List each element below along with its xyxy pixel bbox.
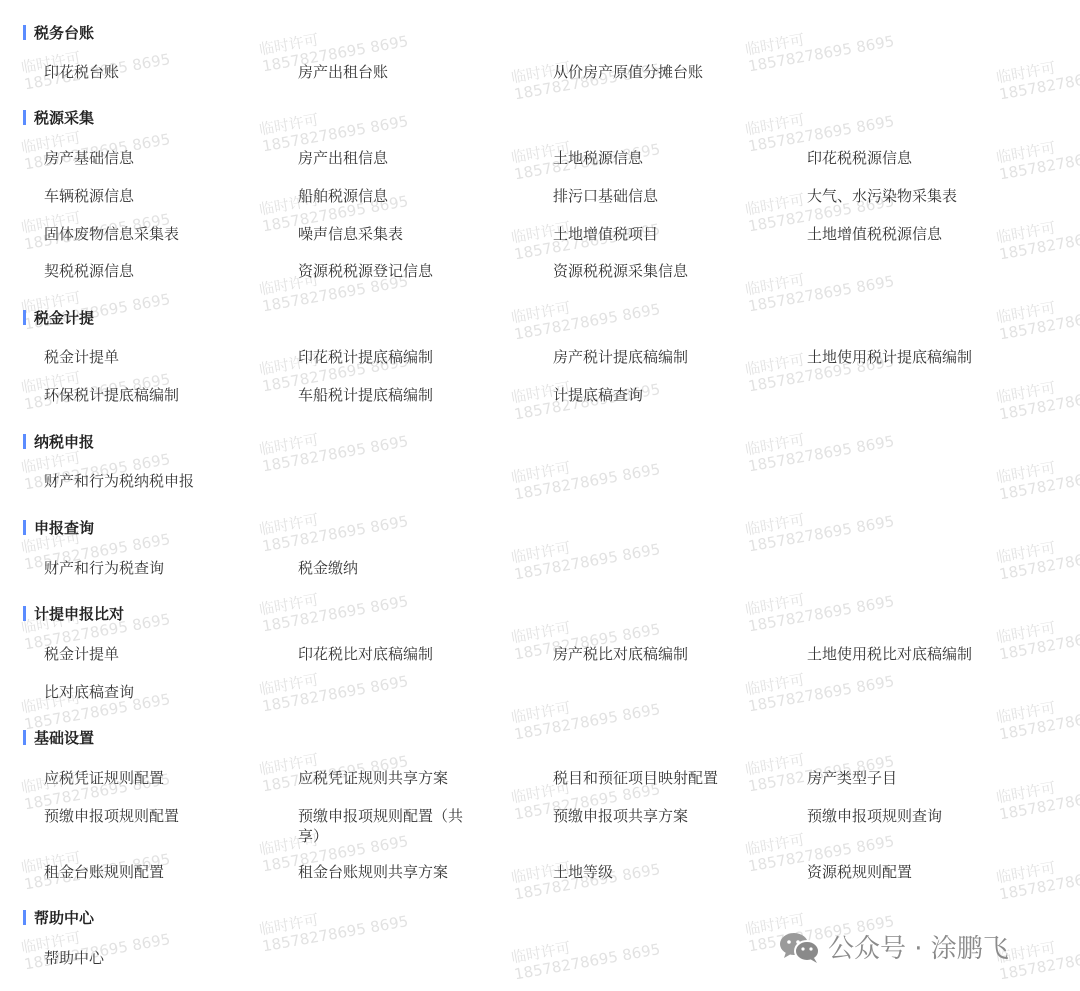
watermark: 临时许可18578278695 8695 (995, 604, 1080, 663)
menu-item[interactable]: 噪声信息采集表 (298, 224, 488, 244)
section-marker (23, 434, 26, 449)
section-title: 纳税申报 (23, 432, 94, 450)
watermark: 临时许可18578278695 8695 (258, 576, 410, 635)
section-title-label: 纳税申报 (34, 431, 94, 452)
watermark: 临时许可18578278695 8695 (744, 416, 896, 475)
section-title-label: 税源采集 (34, 107, 94, 128)
section-title: 税务台账 (23, 23, 94, 41)
watermark: 临时许可18578278695 8695 (995, 284, 1080, 343)
section-title: 基础设置 (23, 728, 94, 746)
section-title: 税源采集 (23, 108, 94, 126)
watermark: 临时许可18578278695 8695 (258, 656, 410, 715)
footer-text: 公众号 · 涂鹏飞 (828, 928, 1009, 965)
watermark: 临时许可18578278695 8695 (744, 656, 896, 715)
section-title: 申报查询 (23, 518, 94, 536)
watermark: 临时许可18578278695 8695 (510, 444, 662, 503)
watermark: 临时许可18578278695 8695 (258, 496, 410, 555)
menu-item[interactable]: 车船税计提底稿编制 (298, 385, 488, 405)
section-title-label: 计提申报比对 (34, 603, 124, 624)
watermark: 临时许可18578278695 8695 (258, 96, 410, 155)
section-marker (23, 606, 26, 621)
menu-item[interactable]: 车辆税源信息 (44, 186, 234, 206)
menu-item[interactable]: 税金计提单 (44, 644, 234, 664)
section-marker (23, 25, 26, 40)
menu-item[interactable]: 印花税税源信息 (807, 148, 997, 168)
section-title-label: 税务台账 (34, 22, 94, 43)
menu-item[interactable]: 房产税比对底稿编制 (553, 644, 743, 664)
menu-item[interactable]: 房产税计提底稿编制 (553, 347, 743, 367)
section-title: 帮助中心 (23, 908, 94, 926)
watermark: 临时许可18578278695 8695 (744, 96, 896, 155)
menu-item[interactable]: 环保税计提底稿编制 (44, 385, 234, 405)
watermark: 临时许可18578278695 8695 (258, 416, 410, 475)
menu-item[interactable]: 房产出租信息 (298, 148, 488, 168)
watermark: 临时许可18578278695 8695 (510, 524, 662, 583)
menu-item[interactable]: 印花税台账 (44, 62, 234, 82)
menu-item[interactable]: 比对底稿查询 (44, 682, 234, 702)
menu-item[interactable]: 排污口基础信息 (553, 186, 743, 206)
menu-item[interactable]: 契税税源信息 (44, 261, 234, 281)
watermark: 临时许可18578278695 8695 (744, 496, 896, 555)
menu-item[interactable]: 土地使用税计提底稿编制 (807, 347, 997, 367)
menu-item[interactable]: 资源税税源采集信息 (553, 261, 743, 281)
section-title-label: 帮助中心 (34, 907, 94, 928)
menu-item[interactable]: 固体废物信息采集表 (44, 224, 234, 244)
section-title: 计提申报比对 (23, 604, 124, 622)
menu-item[interactable]: 租金台账规则共享方案 (298, 862, 488, 882)
watermark: 临时许可18578278695 8695 (995, 524, 1080, 583)
section-marker (23, 110, 26, 125)
menu-item[interactable]: 应税凭证规则共享方案 (298, 768, 488, 788)
menu-item[interactable]: 税目和预征项目映射配置 (553, 768, 743, 788)
menu-item[interactable]: 土地增值税税源信息 (807, 224, 997, 244)
menu-item[interactable]: 财产和行为税查询 (44, 558, 234, 578)
menu-item[interactable]: 从价房产原值分摊台账 (553, 62, 743, 82)
menu-item[interactable]: 印花税计提底稿编制 (298, 347, 488, 367)
watermark: 临时许可18578278695 8695 (995, 684, 1080, 743)
menu-item[interactable]: 土地税源信息 (553, 148, 743, 168)
watermark: 临时许可18578278695 8695 (510, 284, 662, 343)
section-title-label: 税金计提 (34, 307, 94, 328)
watermark: 临时许可18578278695 8695 (510, 924, 662, 983)
section-title-label: 基础设置 (34, 727, 94, 748)
menu-item[interactable]: 土地增值税项目 (553, 224, 743, 244)
watermark: 临时许可18578278695 8695 (995, 124, 1080, 183)
menu-item[interactable]: 租金台账规则配置 (44, 862, 234, 882)
menu-item[interactable]: 预缴申报项规则配置（共享） (298, 806, 473, 846)
watermark: 临时许可18578278695 8695 (995, 364, 1080, 423)
menu-item[interactable]: 应税凭证规则配置 (44, 768, 234, 788)
section-title: 税金计提 (23, 308, 94, 326)
menu-item[interactable]: 税金计提单 (44, 347, 234, 367)
menu-item[interactable]: 船舶税源信息 (298, 186, 488, 206)
watermark: 临时许可18578278695 8695 (510, 684, 662, 743)
menu-item[interactable]: 土地等级 (553, 862, 743, 882)
watermark: 临时许可18578278695 8695 (744, 16, 896, 75)
section-marker (23, 730, 26, 745)
section-marker (23, 520, 26, 535)
menu-item[interactable]: 税金缴纳 (298, 558, 488, 578)
watermark: 临时许可18578278695 8695 (995, 844, 1080, 903)
menu-item[interactable]: 资源税税源登记信息 (298, 261, 488, 281)
watermark: 临时许可18578278695 8695 (995, 444, 1080, 503)
menu-item[interactable]: 资源税规则配置 (807, 862, 997, 882)
menu-item[interactable]: 预缴申报项规则查询 (807, 806, 997, 826)
menu-item[interactable]: 预缴申报项规则配置 (44, 806, 234, 826)
watermark: 临时许可18578278695 8695 (744, 256, 896, 315)
section-marker (23, 310, 26, 325)
menu-item[interactable]: 计提底稿查询 (553, 385, 743, 405)
section-title-label: 申报查询 (34, 517, 94, 538)
menu-item[interactable]: 财产和行为税纳税申报 (44, 471, 234, 491)
watermark: 临时许可18578278695 8695 (995, 204, 1080, 263)
menu-item[interactable]: 帮助中心 (44, 948, 234, 968)
footer-brand: 公众号 · 涂鹏飞 (778, 928, 1009, 965)
menu-item[interactable]: 大气、水污染物采集表 (807, 186, 997, 206)
watermark: 临时许可18578278695 8695 (744, 576, 896, 635)
watermark: 临时许可18578278695 8695 (995, 764, 1080, 823)
menu-item[interactable]: 房产类型子目 (807, 768, 997, 788)
watermark: 临时许可18578278695 8695 (258, 896, 410, 955)
menu-item[interactable]: 印花税比对底稿编制 (298, 644, 488, 664)
menu-item[interactable]: 预缴申报项共享方案 (553, 806, 743, 826)
wechat-icon (778, 930, 822, 964)
menu-item[interactable]: 土地使用税比对底稿编制 (807, 644, 997, 664)
menu-item[interactable]: 房产出租台账 (298, 62, 488, 82)
watermark: 临时许可18578278695 8695 (995, 44, 1080, 103)
section-marker (23, 910, 26, 925)
menu-item[interactable]: 房产基础信息 (44, 148, 234, 168)
